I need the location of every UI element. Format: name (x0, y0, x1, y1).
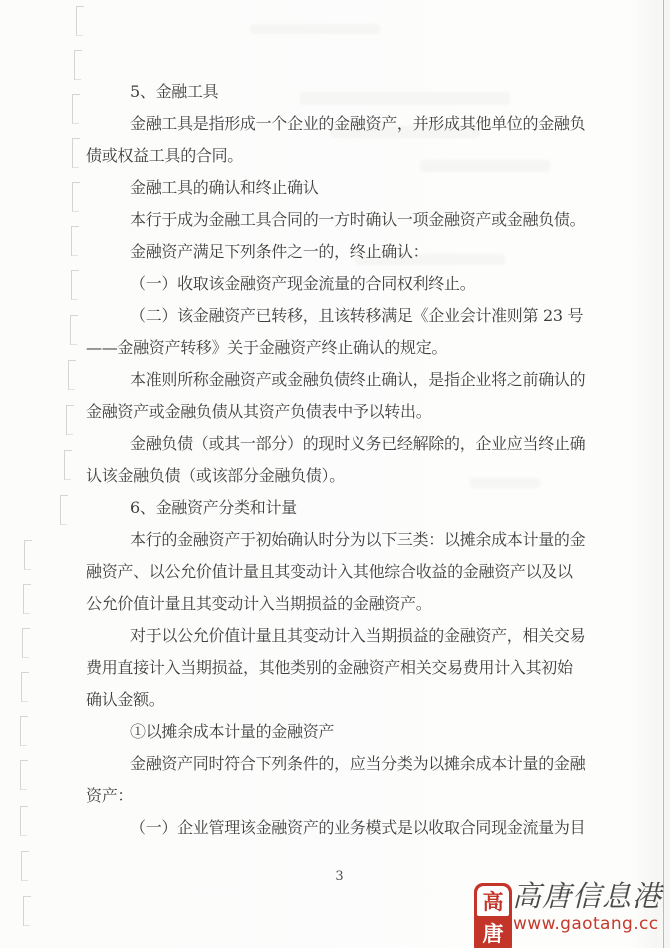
binding-mark (23, 584, 33, 614)
scan-edge-line (663, 0, 664, 948)
text-line: 本准则所称金融资产或金融负债终止确认，是指企业将之前确认的 (86, 364, 593, 396)
binding-mark (20, 806, 30, 836)
text-line: 金融资产或金融负债从其资产负债表中予以转出。 (86, 396, 593, 428)
binding-mark (21, 672, 31, 702)
binding-mark (20, 760, 30, 790)
binding-mark (23, 896, 33, 926)
text-line: （一）企业管理该金融资产的业务模式是以收取合同现金流量为目 (86, 812, 593, 844)
bleedthrough-artifact (250, 24, 380, 34)
binding-mark (70, 315, 80, 345)
binding-mark (68, 360, 78, 390)
text-line: 本行的金融资产于初始确认时分为以下三类：以摊余成本计量的金 (86, 524, 593, 556)
list-item-heading: ①以摊余成本计量的金融资产 (86, 716, 593, 748)
text-line: 对于以公允价值计量且其变动计入当期损益的金融资产，相关交易 (86, 620, 593, 652)
text-line: 资产： (86, 780, 593, 812)
binding-mark (24, 540, 34, 570)
binding-mark (72, 94, 82, 124)
text-line: 金融工具是指形成一个企业的金融资产，并形成其他单位的金融负 (86, 108, 593, 140)
text-line: 公允价值计量且其变动计入当期损益的金融资产。 (86, 588, 593, 620)
text-line: 本行于成为金融工具合同的一方时确认一项金融资产或金融负债。 (86, 204, 593, 236)
binding-mark (72, 138, 82, 168)
watermark-site-name: 高唐信息港 (512, 877, 670, 915)
binding-mark (60, 495, 70, 525)
binding-mark (71, 270, 81, 300)
binding-mark (66, 405, 76, 435)
seal-char-top: 高 (477, 886, 509, 916)
document-body: 5、金融工具 金融工具是指形成一个企业的金融资产，并形成其他单位的金融负 债或权… (86, 76, 593, 844)
text-line: 金融工具的确认和终止确认 (86, 172, 593, 204)
scan-edge-shade (664, 0, 670, 948)
text-line: ——金融资产转移》关于金融资产终止确认的规定。 (86, 332, 593, 364)
scanned-page: 5、金融工具 金融工具是指形成一个企业的金融资产，并形成其他单位的金融负 债或权… (0, 0, 670, 948)
binding-mark (64, 450, 74, 480)
binding-mark (20, 716, 30, 746)
text-line: 费用直接计入当期损益，其他类别的金融资产相关交易费用计入其初始 (86, 652, 593, 684)
watermark-site-url: www.gaotang.cc (513, 914, 659, 934)
gaotang-seal-icon: 高 唐 (474, 883, 512, 948)
text-line: 金融资产满足下列条件之一的，终止确认： (86, 236, 593, 268)
text-line: 金融负债（或其一部分）的现时义务已经解除的，企业应当终止确 (86, 428, 593, 460)
binding-mark (21, 851, 31, 881)
text-line: 认该金融负债（或该部分金融负债）。 (86, 460, 593, 492)
text-line: 融资产、以公允价值计量且其变动计入其他综合收益的金融资产以及以 (86, 556, 593, 588)
text-line: 金融资产同时符合下列条件的，应当分类为以摊余成本计量的金融 (86, 748, 593, 780)
binding-mark (76, 6, 86, 36)
text-line: 债或权益工具的合同。 (86, 140, 593, 172)
binding-mark (22, 628, 32, 658)
text-line: 确认金额。 (86, 684, 593, 716)
binding-mark (72, 182, 82, 212)
binding-mark (71, 226, 81, 256)
text-line: （二）该金融资产已转移，且该转移满足《企业会计准则第 23 号 (86, 300, 593, 332)
section-heading: 6、金融资产分类和计量 (86, 492, 593, 524)
text-line: （一）收取该金融资产现金流量的合同权利终止。 (86, 268, 593, 300)
binding-mark (74, 50, 84, 80)
section-heading: 5、金融工具 (86, 76, 593, 108)
seal-char-bottom: 唐 (474, 918, 512, 948)
